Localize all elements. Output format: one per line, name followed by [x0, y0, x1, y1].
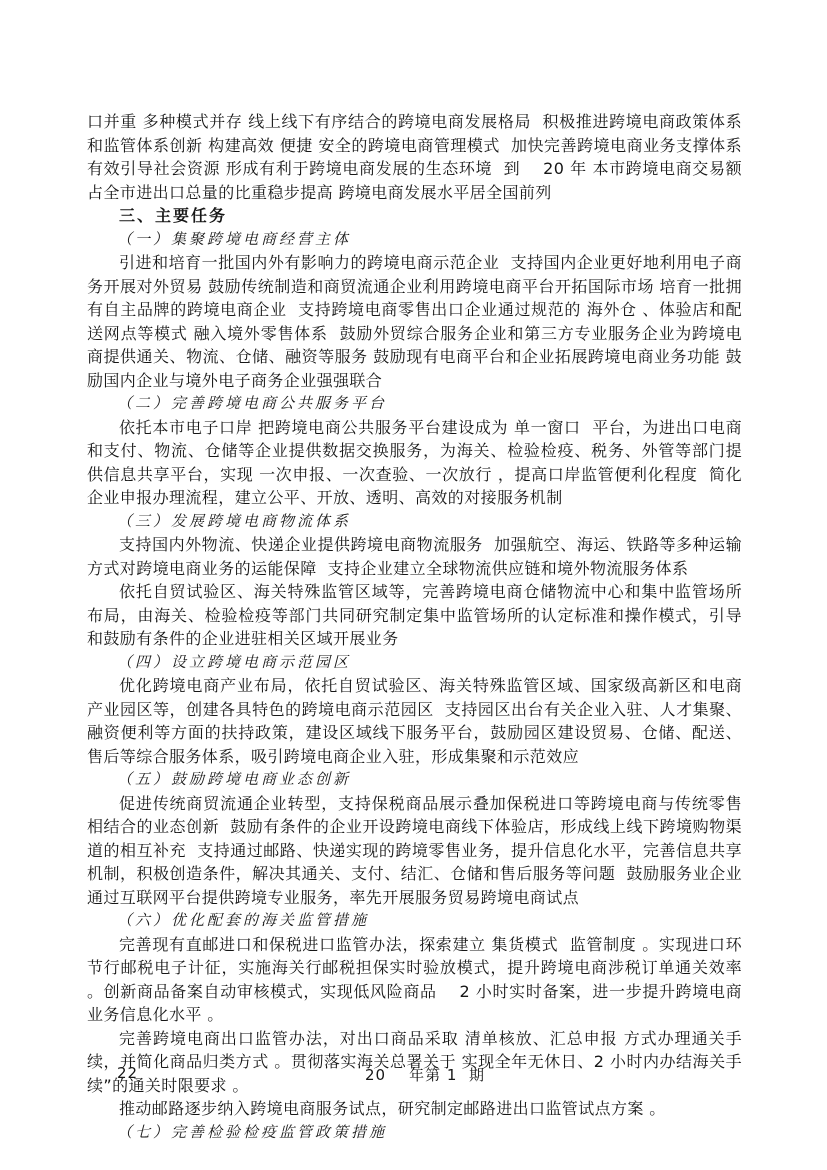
- paragraph: 促进传统商贸流通企业转型，支持保税商品展示叠加保税进口等跨境电商与传统零售相结合…: [87, 792, 742, 910]
- issue-label: 20 年第 1 期: [365, 1064, 485, 1085]
- subsection-heading-2: （二）完善跨境电商公共服务平台: [87, 392, 742, 416]
- subsection-heading-1: （一）集聚跨境电商经营主体: [87, 228, 742, 252]
- section-heading-main-tasks: 三、主要任务: [87, 204, 742, 228]
- paragraph: 推动邮路逐步纳入跨境电商服务试点，研究制定邮路进出口监管试点方案 。: [87, 1097, 742, 1121]
- subsection-heading-6: （六）优化配套的海关监管措施: [87, 909, 742, 933]
- subsection-heading-7: （七）完善检验检疫监管政策措施: [87, 1121, 742, 1145]
- paragraph: 优化跨境电商产业布局，依托自贸试验区、海关特殊监管区域、国家级高新区和电商产业园…: [87, 674, 742, 768]
- paragraph: 依托本市电子口岸 把跨境电商公共服务平台建设成为 单一窗口 平台，为进出口电商和…: [87, 416, 742, 510]
- page-number: 22: [117, 1064, 138, 1082]
- subsection-heading-3: （三）发展跨境电商物流体系: [87, 510, 742, 534]
- paragraph: 依托自贸试验区、海关特殊监管区域等，完善跨境电商仓储物流中心和集中监管场所布局，…: [87, 580, 742, 651]
- document-page: 口并重 多种模式并存 线上线下有序结合的跨境电商发展格局 积极推进跨境电商政策体…: [0, 0, 827, 1170]
- subsection-heading-4: （四）设立跨境电商示范园区: [87, 651, 742, 675]
- paragraph: 完善现有直邮进口和保税进口监管办法，探索建立 集货模式 监管制度 。实现进口环节…: [87, 933, 742, 1027]
- document-body: 口并重 多种模式并存 线上线下有序结合的跨境电商发展格局 积极推进跨境电商政策体…: [87, 110, 742, 1144]
- paragraph-continuation: 口并重 多种模式并存 线上线下有序结合的跨境电商发展格局 积极推进跨境电商政策体…: [87, 110, 742, 204]
- paragraph: 支持国内外物流、快递企业提供跨境电商物流服务 加强航空、海运、铁路等多种运输方式…: [87, 533, 742, 580]
- paragraph: 引进和培育一批国内外有影响力的跨境电商示范企业 支持国内企业更好地利用电子商务开…: [87, 251, 742, 392]
- subsection-heading-5: （五）鼓励跨境电商业态创新: [87, 768, 742, 792]
- page-footer: 22 20 年第 1 期: [87, 1064, 742, 1088]
